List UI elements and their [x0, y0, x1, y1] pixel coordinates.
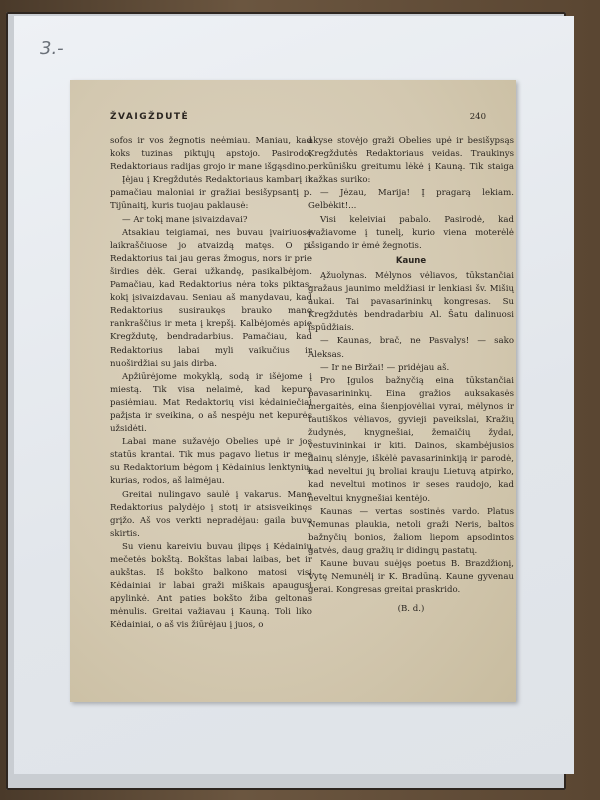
paragraph: — Jėzau, Marija! Į pragarą lekiam. Gelbė… — [308, 187, 514, 213]
pencil-annotation: 3.- — [40, 38, 64, 59]
magazine-page: ŽVAIGŽDUTĖ 240 sofos ir vos žegnotis neė… — [70, 80, 516, 702]
right-column: akyse stovėjo graži Obelies upė ir besiš… — [308, 135, 514, 616]
paragraph: Pro Įgulos bažnyčią eina tūkstančiai pav… — [308, 375, 514, 506]
paragraph: Greitai nulingavo saulė į vakarus. Mane … — [110, 489, 312, 541]
to-be-continued-signature: (B. d.) — [308, 603, 514, 616]
paragraph: — Ir ne Biržai! — pridėjau aš. — [308, 362, 514, 375]
paragraph: Apžiūrėjome mokyklą, sodą ir išėjome į m… — [110, 371, 312, 436]
paragraph: sofos ir vos žegnotis neėmiau. Maniau, k… — [110, 135, 312, 174]
paragraph: Atsakiau teigiamai, nes buvau įvairiuose… — [110, 227, 312, 371]
paragraph: Kaunas — vertas sostinės vardo. Platus N… — [308, 506, 514, 558]
paragraph: akyse stovėjo graži Obelies upė ir besiš… — [308, 135, 514, 187]
paragraph: Su vienu kareiviu buvau įlipęs į Kėdaini… — [110, 541, 312, 633]
paragraph: — Ar tokį mane įsivaizdavai? — [110, 214, 312, 227]
left-column: sofos ir vos žegnotis neėmiau. Maniau, k… — [110, 135, 312, 633]
page-number: 240 — [470, 112, 486, 122]
paragraph: — Kaunas, brač, ne Pasvalys! — sako Alek… — [308, 335, 514, 361]
paragraph: Ąžuolynas. Mėlynos vėliavos, tūkstančiai… — [308, 270, 514, 335]
section-title: Kaune — [308, 255, 514, 268]
paragraph: Labai mane sužavėjo Obelies upė ir jos s… — [110, 436, 312, 488]
paragraph: Visi keleiviai pabalo. Pasirodė, kad įva… — [308, 214, 514, 253]
paragraph: Įėjau į Kregždutės Redaktoriaus kambarį … — [110, 174, 312, 213]
paragraph: Kaune buvau suėjęs poetus B. Brazdžionį,… — [308, 558, 514, 597]
page-header-title: ŽVAIGŽDUTĖ — [110, 112, 189, 122]
